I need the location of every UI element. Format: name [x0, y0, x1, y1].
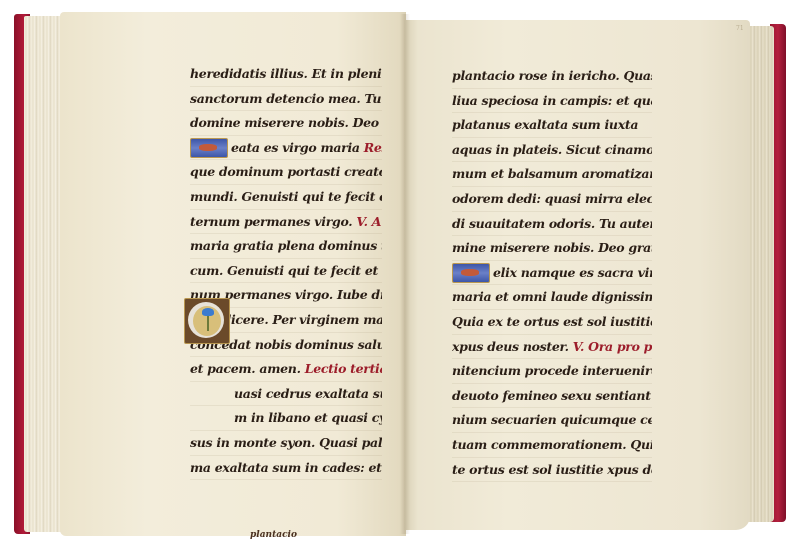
illuminated-initial-f-icon [452, 263, 490, 283]
text-line: plantacio rose in iericho. Quasi o [452, 64, 652, 89]
text-line: maria et omni laude dignissima. [452, 285, 652, 310]
left-text-block: heredidatis illius. Et in plenitudine sa… [190, 62, 382, 480]
text-line: nium secuarien quicumque celebrat [452, 408, 652, 433]
text-line: liua speciosa in campis: et quasi [452, 89, 652, 114]
text-line: uasi cedrus exaltata su [190, 382, 382, 407]
text-line: ma exaltata sum in cades: et qsi [190, 456, 382, 481]
text-line: que dominum portasti creatore [190, 160, 382, 185]
text-line: elix namque es sacra virgo R. [452, 261, 652, 286]
text-line: heredidatis illius. Et in plenitudine [190, 62, 382, 87]
text-line: nitencium procede interuenire pro [452, 359, 652, 384]
text-line: domine miserere nobis. Deo gratias. [190, 111, 382, 136]
illuminated-initial-q-icon [184, 298, 230, 344]
text-line: Quia ex te ortus est sol iustitie [452, 310, 652, 335]
illuminated-initial-b-icon [190, 138, 228, 158]
text-line: eata es virgo maria Responsio [190, 136, 382, 161]
text-line: mine miserere nobis. Deo gratias. [452, 236, 652, 261]
text-line: te ortus est sol iustitie xpus deus [452, 458, 652, 483]
manuscript-scene: 71 heredidatis illius. Et in plenitudine… [0, 0, 800, 552]
text-line: sanctorum detencio mea. Tu aut [190, 87, 382, 112]
text-line: deuoto femineo sexu sentiant om [452, 384, 652, 409]
text-line: xpus deus noster. V. Ora pro populo [452, 335, 652, 360]
text-line: tuam commemorationem. Quia ex [452, 433, 652, 458]
text-line: odorem dedi: quasi mirra electa de [452, 187, 652, 212]
text-line: cum. Genuisti qui te fecit et in eter [190, 259, 382, 284]
text-line: et pacem. amen. Lectio tertia. [190, 357, 382, 382]
text-line: m in libano et quasi cypres [190, 406, 382, 431]
text-line: maria gratia plena dominus te [190, 234, 382, 259]
right-text-block: plantacio rose in iericho. Quasi o liua … [452, 64, 652, 482]
book-gutter [400, 14, 410, 534]
text-line: platanus exaltata sum iuxta [452, 113, 652, 138]
text-line: mum et balsamum aromatizans [452, 162, 652, 187]
catchword: plantacio [250, 530, 297, 540]
text-line: mundi. Genuisti qui te fecit et in e [190, 185, 382, 210]
text-line: ternum permanes virgo. V. Aue [190, 210, 382, 235]
text-line: aquas in plateis. Sicut cinamo [452, 138, 652, 163]
text-line: sus in monte syon. Quasi pal [190, 431, 382, 456]
folio-number: 71 [736, 25, 744, 32]
text-line: di suauitatem odoris. Tu autem do [452, 212, 652, 237]
